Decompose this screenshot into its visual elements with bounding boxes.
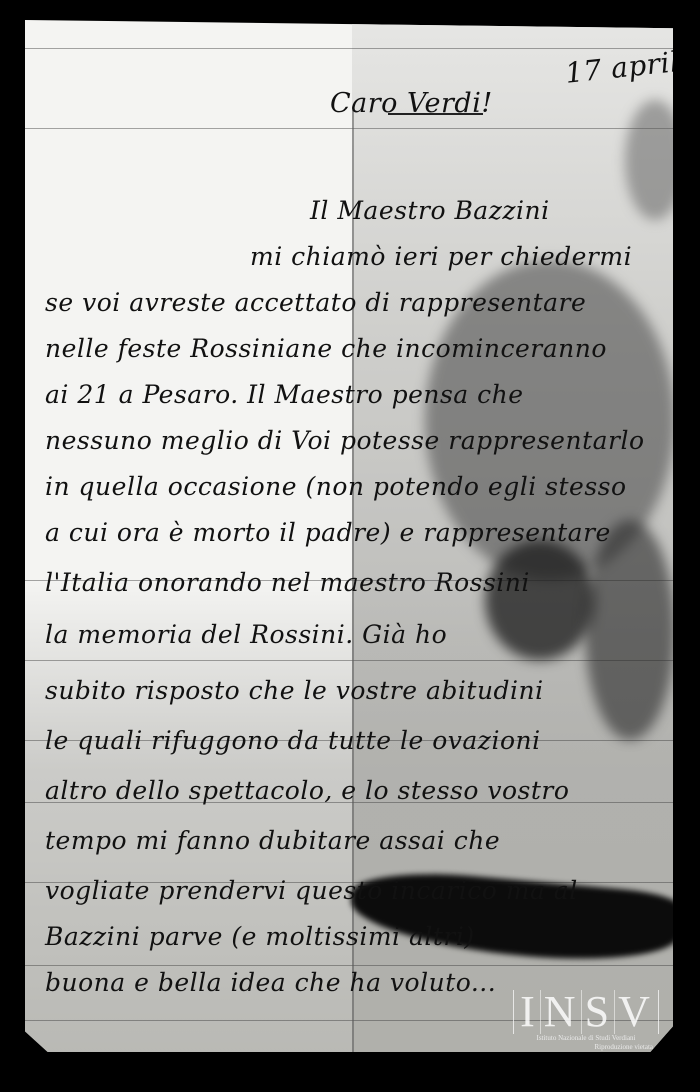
watermark-logo: INSV — [513, 990, 659, 1034]
letter-line: tempo mi fanno dubitare assai che — [45, 826, 500, 855]
letter-line: subito risposto che le vostre abitudini — [45, 676, 544, 705]
watermark-letter: S — [582, 990, 615, 1034]
letter-line: in quella occasione (non potendo egli st… — [45, 472, 627, 501]
letter-line: nessuno meglio di Voi potesse rappresent… — [45, 426, 645, 455]
ruled-line — [25, 965, 673, 966]
letter-line: a cui ora è morto il padre) e rappresent… — [45, 518, 611, 547]
watermark-institution: Istituto Nazionale di Studi Verdiani — [513, 1034, 659, 1043]
letter-line: le quali rifuggono da tutte le ovazioni — [45, 726, 541, 755]
letter-line: mi chiamò ieri per chiedermi — [250, 242, 632, 271]
letter-line: nelle feste Rossiniane che incomincerann… — [45, 334, 607, 363]
letter-line: ai 21 a Pesaro. Il Maestro pensa che — [45, 380, 524, 409]
letter-line: l'Italia onorando nel maestro Rossini — [45, 568, 530, 597]
ruled-line — [25, 660, 673, 661]
ink-stain — [485, 540, 595, 660]
letter-line: buona e bella idea che ha voluto... — [45, 968, 496, 997]
letter-page: 17 aprile Caro Verdi! Il Maestro Bazzini… — [25, 20, 673, 1052]
watermark-notice: Riproduzione vietata — [513, 1043, 659, 1052]
scanned-letter: 17 aprile Caro Verdi! Il Maestro Bazzini… — [0, 0, 700, 1092]
ruled-line — [25, 128, 673, 129]
letter-line: se voi avreste accettato di rappresentar… — [45, 288, 586, 317]
insv-watermark: INSV Istituto Nazionale di Studi Verdian… — [513, 990, 659, 1052]
letter-line: vogliate prendervi questo incarico ma al — [45, 876, 578, 905]
letter-salutation: Caro Verdi! — [330, 88, 493, 119]
ruled-line — [25, 48, 673, 49]
letter-line: Bazzini parve (e moltissimi altri) — [45, 922, 475, 951]
ink-stain — [585, 520, 673, 740]
watermark-letter: N — [541, 990, 582, 1034]
letter-line: altro dello spettacolo, e lo stesso vost… — [45, 776, 569, 805]
watermark-letter: V — [615, 990, 655, 1034]
watermark-letter: I — [517, 990, 541, 1034]
letter-line: Il Maestro Bazzini — [310, 196, 550, 225]
letter-line: la memoria del Rossini. Già ho — [45, 620, 447, 649]
